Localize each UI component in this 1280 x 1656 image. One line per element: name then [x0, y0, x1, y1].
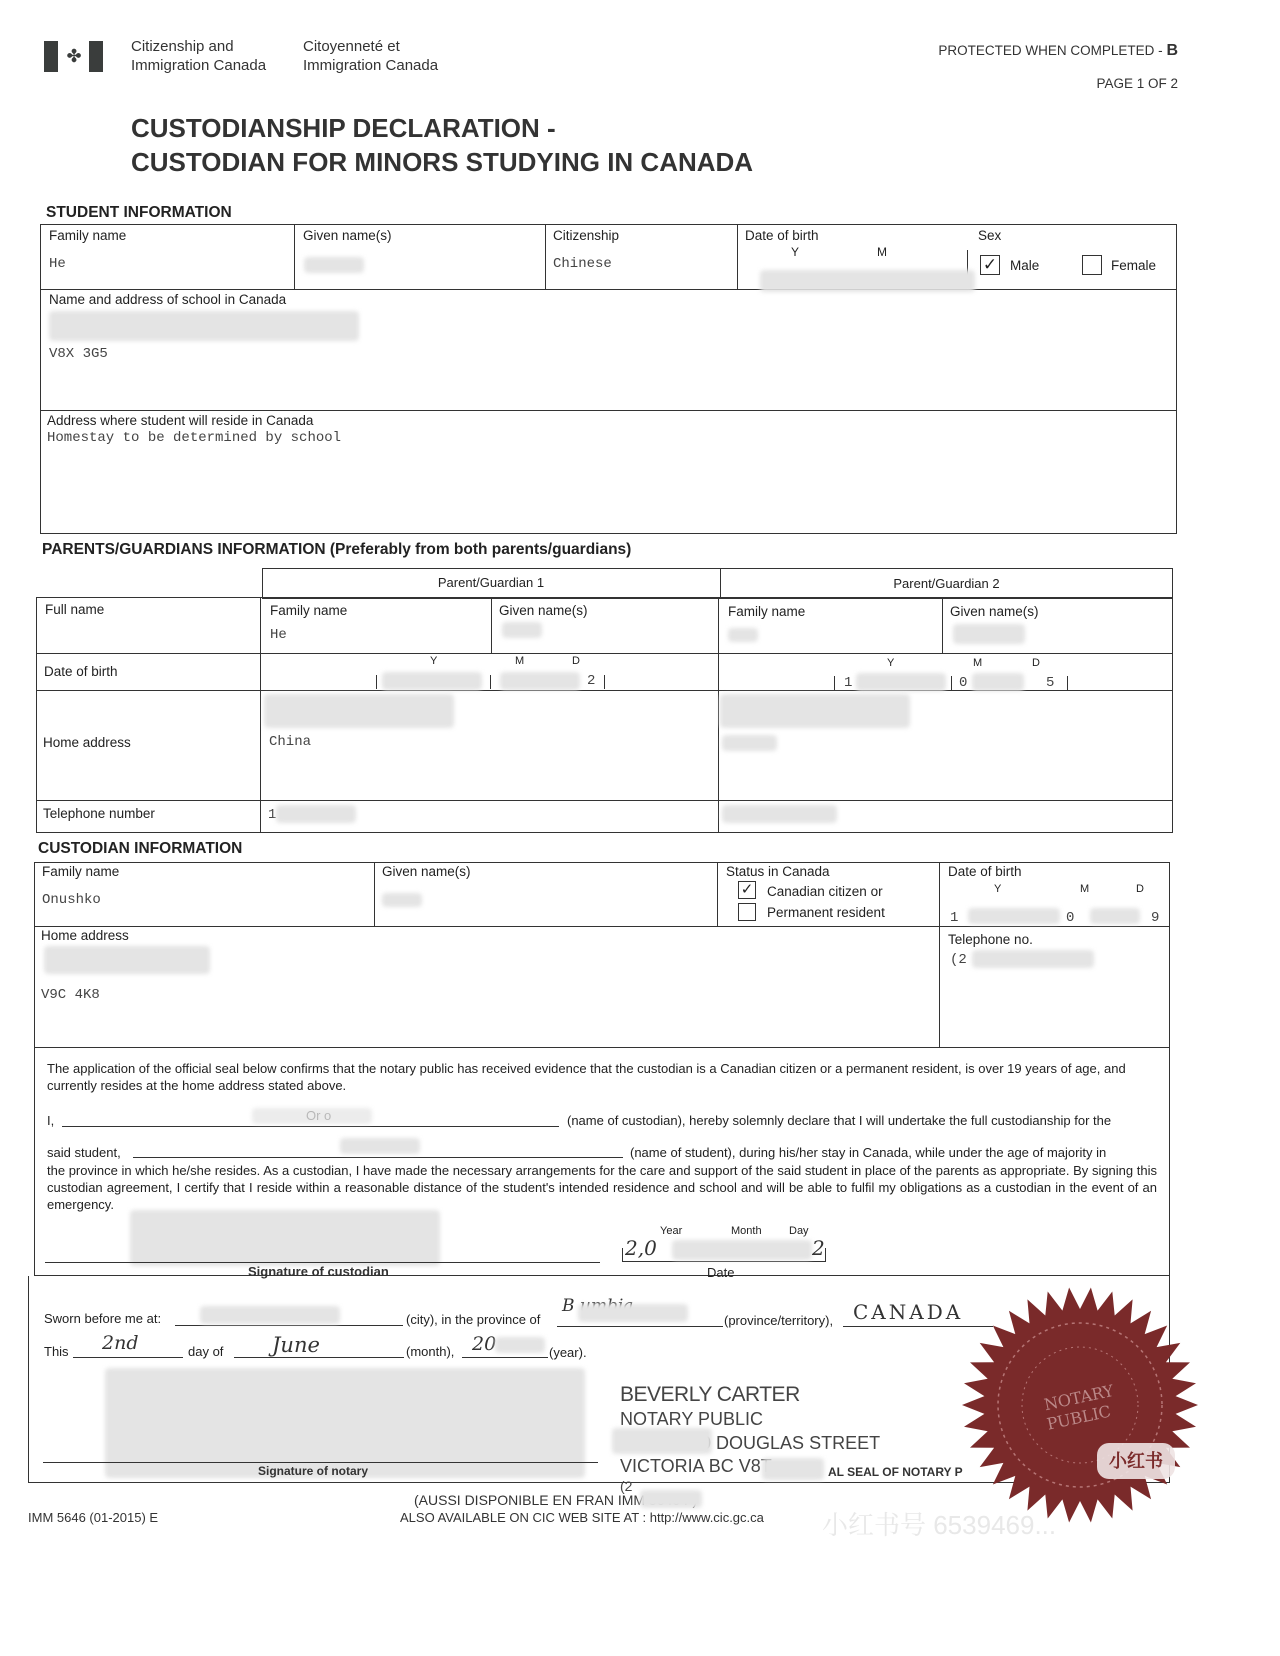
g1-dob-day-partial[interactable]: 2 [587, 673, 595, 689]
full-name-row-label: Full name [45, 602, 104, 617]
status-citizen-label: Canadian citizen or [767, 884, 883, 899]
student-given-name-label: Given name(s) [303, 228, 392, 243]
g2-dob-y: Y [887, 657, 894, 669]
custodian-dob-month-partial[interactable]: 0 [1066, 910, 1074, 926]
declaration-i-prefix: I, [47, 1112, 54, 1129]
custodian-dob-year-redacted[interactable] [968, 908, 1060, 924]
custodian-name-line[interactable] [62, 1126, 559, 1127]
date-day-label: Day [789, 1225, 809, 1237]
g1-address-country[interactable]: China [269, 734, 311, 750]
student-dob-label: Date of birth [745, 228, 819, 243]
sex-male-label: Male [1010, 258, 1039, 273]
date-month-label: Month [731, 1225, 762, 1237]
custodian-dob-y: Y [994, 883, 1001, 895]
student-citizenship-label: Citizenship [553, 228, 619, 243]
g1-dob-m: M [515, 655, 524, 667]
g2-dob-month-redacted[interactable] [972, 673, 1024, 691]
custodian-dob-year-partial[interactable]: 1 [950, 910, 958, 926]
home-address-row-label: Home address [43, 735, 131, 750]
custodian-name-redacted [252, 1108, 372, 1124]
g1-dob-month-redacted[interactable] [500, 672, 580, 690]
custodian-family-name-label: Family name [42, 864, 119, 879]
dept-fr-line2: Immigration Canada [303, 56, 438, 75]
sex-female-checkbox[interactable] [1082, 255, 1102, 275]
custodian-dob-d: D [1136, 883, 1144, 895]
title-line2: CUSTODIAN FOR MINORS STUDYING IN CANADA [131, 145, 753, 179]
custodian-dob-m: M [1080, 883, 1089, 895]
residence-label: Address where student will reside in Can… [47, 413, 313, 428]
status-citizen-checkbox[interactable]: ✓ [738, 881, 756, 899]
protected-label: PROTECTED WHEN COMPLETED - B [938, 42, 1178, 60]
watermark-id: 小红书号 6539469... [822, 1505, 1056, 1542]
custodian-telephone-partial[interactable]: (2 [950, 952, 967, 968]
g1-given-name-redacted[interactable] [502, 622, 542, 638]
dob-row-label: Date of birth [44, 664, 118, 679]
dept-en-line1: Citizenship and [131, 37, 266, 56]
g2-address-redacted[interactable] [720, 694, 910, 728]
custodian-postal-code[interactable]: V9C 4K8 [41, 987, 100, 1003]
notary-stamp-postal-redacted [762, 1458, 824, 1480]
custodian-dob-label: Date of birth [948, 864, 1022, 879]
g2-dob-year-partial[interactable]: 1 [844, 675, 852, 691]
date-handwritten-day: 2 [812, 1236, 825, 1260]
g1-dob-d: D [572, 655, 580, 667]
g1-dob-y: Y [430, 655, 437, 667]
student-section-title: STUDENT INFORMATION [46, 204, 232, 222]
sex-female-label: Female [1111, 258, 1156, 273]
date-redacted [672, 1240, 812, 1260]
g1-phone-redacted[interactable] [276, 805, 356, 823]
school-label: Name and address of school in Canada [49, 292, 286, 307]
school-name-address-redacted[interactable] [49, 311, 359, 341]
telephone-row-label: Telephone number [43, 806, 155, 821]
website-link[interactable]: ALSO AVAILABLE ON CIC WEB SITE AT : http… [400, 1510, 764, 1525]
notary-signature-line[interactable] [43, 1462, 598, 1463]
protected-text: PROTECTED WHEN COMPLETED - [938, 43, 1166, 58]
date-handwritten-year: 2,0 [625, 1236, 657, 1260]
custodian-dob-day-redacted[interactable] [1090, 908, 1140, 924]
custodian-address-redacted[interactable] [44, 946, 210, 974]
custodian-family-name-field[interactable]: Onushko [42, 892, 101, 908]
department-name-en: Citizenship and Immigration Canada [131, 37, 266, 75]
notary-stamp-street-redacted [612, 1428, 712, 1454]
canada-flag-icon: ✤ [44, 41, 104, 72]
declaration-student-suffix: (name of student), during his/her stay i… [630, 1144, 1106, 1161]
g2-address-country-redacted[interactable] [722, 735, 777, 751]
status-pr-label: Permanent resident [767, 905, 885, 920]
residence-field[interactable]: Homestay to be determined by school [47, 430, 341, 446]
g2-family-name-label: Family name [728, 604, 805, 619]
student-sex-label: Sex [978, 228, 1001, 243]
notary-stamp-title: NOTARY PUBLIC [620, 1409, 763, 1430]
custodian-home-address-label: Home address [41, 928, 129, 943]
form-code: IMM 5646 (01-2015) E [28, 1510, 158, 1525]
custodian-given-name-label: Given name(s) [382, 864, 471, 879]
declaration-body: the province in which he/she resides. As… [47, 1162, 1157, 1213]
g2-dob-m: M [973, 657, 982, 669]
watermark-badge: 小红书 [1097, 1443, 1175, 1479]
g2-given-name-redacted[interactable] [953, 624, 1025, 644]
custodian-given-name-redacted[interactable] [382, 893, 422, 907]
student-dob-m-label: M [877, 245, 887, 259]
dept-fr-line1: Citoyenneté et [303, 37, 438, 56]
student-family-name-field[interactable]: He [49, 256, 66, 272]
g2-family-name-redacted[interactable] [728, 628, 758, 642]
student-name-redacted [340, 1138, 420, 1154]
protected-level: B [1166, 42, 1178, 59]
g1-dob-year-redacted[interactable] [382, 672, 482, 690]
dept-en-line2: Immigration Canada [131, 56, 266, 75]
student-dob-field-redacted[interactable] [760, 270, 975, 292]
guardian1-title: Parent/Guardian 1 [262, 575, 720, 590]
custodian-signature-line[interactable] [45, 1262, 600, 1263]
g2-dob-day-partial[interactable]: 5 [1046, 675, 1054, 691]
student-citizenship-field[interactable]: Chinese [553, 256, 612, 272]
g1-given-name-label: Given name(s) [499, 603, 588, 618]
seal-label: AL SEAL OF NOTARY P [828, 1465, 963, 1479]
notary-signature-label: Signature of notary [258, 1464, 368, 1478]
student-dob-y-label: Y [791, 245, 799, 259]
custodian-section-title: CUSTODIAN INFORMATION [38, 840, 242, 858]
g1-family-name-field[interactable]: He [270, 627, 287, 643]
g2-dob-month-partial[interactable]: 0 [959, 675, 967, 691]
g1-family-name-label: Family name [270, 603, 347, 618]
notary-seal-icon: NOTARY PUBLIC [955, 1285, 1205, 1525]
g2-given-name-label: Given name(s) [950, 604, 1039, 619]
department-name-fr: Citoyenneté et Immigration Canada [303, 37, 438, 75]
declaration-student-prefix: said student, [47, 1144, 121, 1161]
g2-dob-year-redacted[interactable] [856, 673, 946, 691]
g1-address-redacted[interactable] [264, 694, 454, 728]
notary-stamp-name: BEVERLY CARTER [620, 1383, 800, 1407]
custodian-telephone-redacted[interactable] [972, 950, 1094, 968]
declaration-custodian-suffix: (name of custodian), hereby solemnly dec… [567, 1112, 1111, 1129]
parents-section-title: PARENTS/GUARDIANS INFORMATION (Preferabl… [42, 541, 631, 559]
status-label: Status in Canada [726, 864, 830, 879]
student-name-line[interactable] [133, 1157, 623, 1158]
custodian-signature-redacted [130, 1210, 440, 1266]
custodian-telephone-label: Telephone no. [948, 932, 1033, 947]
declaration-intro: The application of the official seal bel… [47, 1060, 1157, 1094]
sex-male-checkbox[interactable]: ✓ [980, 255, 1000, 275]
custodian-dob-day-partial[interactable]: 9 [1151, 910, 1159, 926]
g2-phone-redacted[interactable] [722, 805, 837, 823]
status-pr-checkbox[interactable] [738, 903, 756, 921]
school-postal-code[interactable]: V8X 3G5 [49, 346, 108, 362]
g2-dob-d: D [1032, 657, 1040, 669]
notary-stamp-city: VICTORIA BC V8T [620, 1456, 772, 1477]
title-line1: CUSTODIANSHIP DECLARATION - [131, 111, 753, 145]
student-given-name-field-redacted[interactable] [304, 257, 364, 273]
date-year-label: Year [660, 1225, 682, 1237]
guardian2-title: Parent/Guardian 2 [720, 576, 1173, 591]
footer-redacted [640, 1490, 702, 1508]
page-indicator: PAGE 1 OF 2 [1096, 76, 1178, 91]
student-family-name-label: Family name [49, 228, 126, 243]
page-title: CUSTODIANSHIP DECLARATION - CUSTODIAN FO… [131, 111, 753, 179]
